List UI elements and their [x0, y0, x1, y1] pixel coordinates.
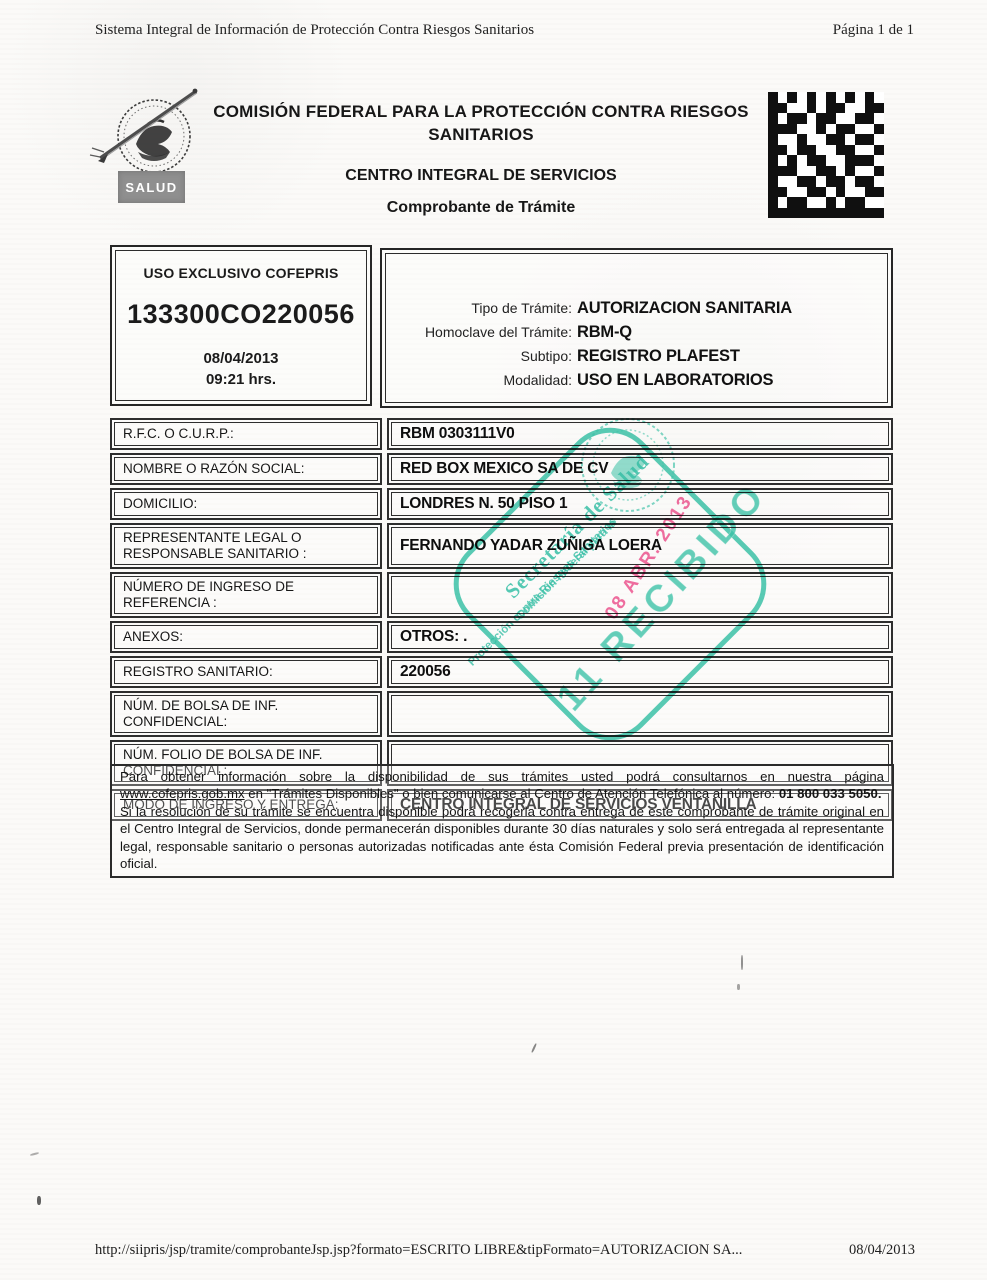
row-value [391, 695, 889, 733]
notice-text: en "Trámites Disponibles" o bien comunic… [245, 786, 779, 801]
tramite-time: 09:21 hrs. [206, 371, 276, 388]
row-label: NOMBRE O RAZÓN SOCIAL: [114, 457, 378, 481]
table-row: R.F.C. O C.U.R.P.: RBM 0303111V0 [110, 418, 893, 450]
masthead: COMISIÓN FEDERAL PARA LA PROTECCIÓN CONT… [192, 100, 770, 217]
scan-artifact [741, 955, 743, 970]
table-row: REPRESENTANTE LEGAL O RESPONSABLE SANITA… [110, 523, 893, 569]
row-label: R.F.C. O C.U.R.P.: [114, 422, 378, 446]
salud-wordmark: SALUD [118, 171, 185, 203]
document-header-title: Sistema Integral de Información de Prote… [95, 22, 534, 39]
document-footer: http://siipris/jsp/tramite/comprobanteJs… [0, 1242, 987, 1259]
barcode-grid [768, 92, 884, 218]
row-value: OTROS: . [391, 625, 889, 649]
field-value: RBM-Q [577, 323, 632, 342]
footer-date: 08/04/2013 [849, 1242, 915, 1259]
field-label: Homoclave del Trámite: [386, 324, 572, 340]
scanned-document-page: Sistema Integral de Información de Prote… [0, 0, 987, 1280]
table-row: ANEXOS: OTROS: . [110, 621, 893, 653]
tramite-field: Homoclave del Trámite: RBM-Q [386, 323, 877, 342]
tramite-folio-number: 133300CO220056 [127, 299, 355, 330]
cofepris-url-link: www.cofepris.gob.mx [120, 786, 245, 801]
field-value: AUTORIZACION SANITARIA [577, 299, 792, 318]
footer-url: http://siipris/jsp/tramite/comprobanteJs… [95, 1242, 742, 1259]
notice-paragraph-1: Para obtener información sobre la dispon… [120, 768, 884, 803]
row-label: NÚMERO DE INGRESO DE REFERENCIA : [114, 576, 378, 614]
field-value: USO EN LABORATORIOS [577, 371, 773, 390]
field-label: Modalidad: [386, 372, 572, 388]
scan-artifact [737, 984, 740, 990]
table-row: NÚMERO DE INGRESO DE REFERENCIA : [110, 572, 893, 618]
table-row: NÚM. DE BOLSA DE INF. CONFIDENCIAL: [110, 691, 893, 737]
scan-artifact [30, 1152, 39, 1156]
field-label: Tipo de Trámite: [386, 300, 572, 316]
tramite-field: Subtipo: REGISTRO PLAFEST [386, 347, 877, 366]
row-label: DOMICILIO: [114, 492, 378, 516]
table-row: DOMICILIO: LONDRES N. 50 PISO 1 [110, 488, 893, 520]
tramite-field: Modalidad: USO EN LABORATORIOS [386, 371, 877, 390]
scan-artifact [37, 1196, 41, 1205]
field-label: Subtipo: [386, 348, 572, 364]
cofepris-exclusive-box: USO EXCLUSIVO COFEPRIS 133300CO220056 08… [110, 245, 372, 406]
table-row: REGISTRO SANITARIO: 220056 [110, 656, 893, 688]
notice-paragraph-2: Si la resolución de su trámite se encuen… [120, 803, 884, 873]
commission-title-line2: SANITARIOS [192, 123, 770, 146]
row-label: NÚM. DE BOLSA DE INF. CONFIDENCIAL: [114, 695, 378, 733]
tramite-type-box: Tipo de Trámite: AUTORIZACION SANITARIA … [380, 248, 893, 408]
commission-title: COMISIÓN FEDERAL PARA LA PROTECCIÓN CONT… [192, 100, 770, 146]
notice-box: Para obtener información sobre la dispon… [110, 764, 894, 878]
data-matrix-barcode [768, 92, 884, 218]
row-value: RBM 0303111V0 [391, 422, 889, 446]
table-row: NOMBRE O RAZÓN SOCIAL: RED BOX MEXICO SA… [110, 453, 893, 485]
commission-title-line1: COMISIÓN FEDERAL PARA LA PROTECCIÓN CONT… [192, 100, 770, 123]
notice-text: . [878, 786, 882, 801]
tramite-date: 08/04/2013 [203, 350, 278, 367]
row-value: 220056 [391, 660, 889, 684]
phone-number: 01 800 033 5050 [779, 786, 878, 801]
row-label: REGISTRO SANITARIO: [114, 660, 378, 684]
document-type-title: Comprobante de Trámite [192, 199, 770, 217]
row-value: RED BOX MEXICO SA DE CV [391, 457, 889, 481]
row-value [391, 576, 889, 614]
row-label: REPRESENTANTE LEGAL O RESPONSABLE SANITA… [114, 527, 378, 565]
row-value: FERNANDO YADAR ZUÑIGA LOERA [391, 527, 889, 565]
row-label: ANEXOS: [114, 625, 378, 649]
scan-artifact [531, 1043, 537, 1053]
field-value: REGISTRO PLAFEST [577, 347, 740, 366]
row-value: LONDRES N. 50 PISO 1 [391, 492, 889, 516]
page-number: Página 1 de 1 [833, 22, 914, 39]
notice-text: Para obtener información sobre la dispon… [120, 769, 884, 784]
tramite-field: Tipo de Trámite: AUTORIZACION SANITARIA [386, 299, 877, 318]
center-subtitle: CENTRO INTEGRAL DE SERVICIOS [192, 167, 770, 185]
cofepris-box-heading: USO EXCLUSIVO COFEPRIS [144, 265, 339, 281]
